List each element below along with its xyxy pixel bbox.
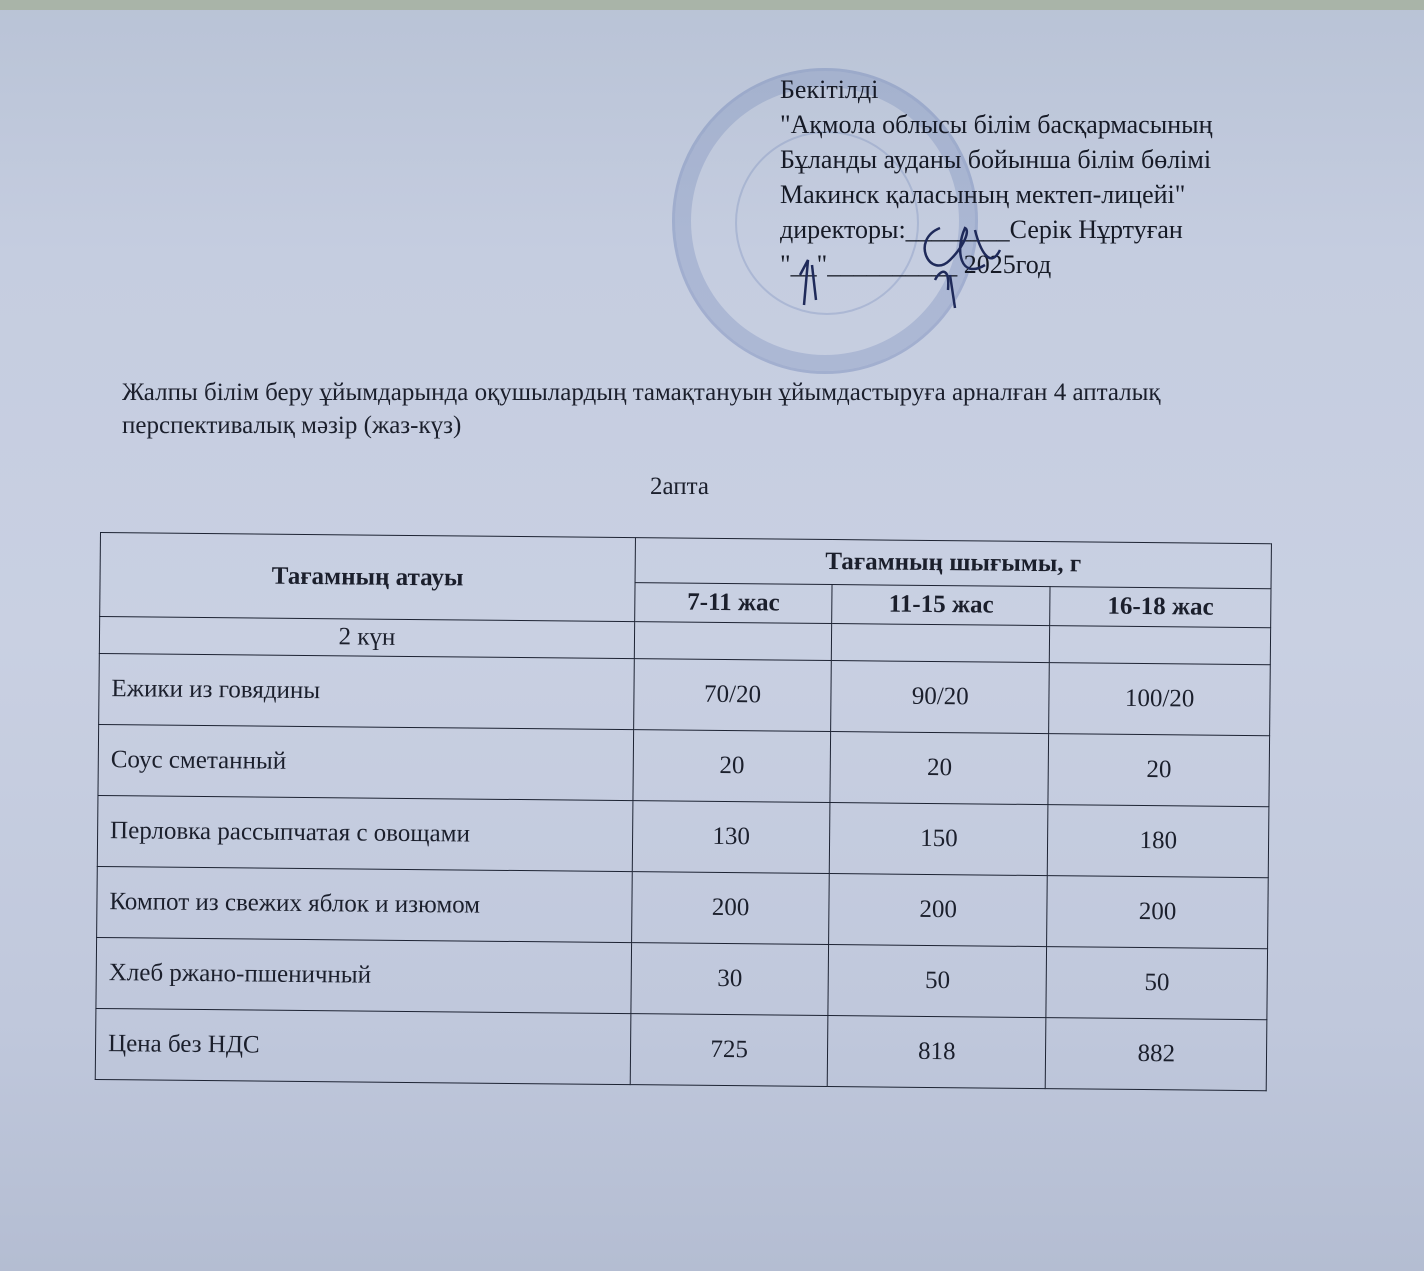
- menu-table: Тағамның атауы Тағамның шығымы, г 7-11 ж…: [95, 532, 1272, 1091]
- yield-value: 50: [1046, 947, 1267, 1020]
- price-label: Цена без НДС: [95, 1008, 631, 1084]
- header-dish-name: Тағамның атауы: [100, 533, 636, 622]
- table-row: Хлеб ржано-пшеничный 30 50 50: [96, 937, 1268, 1019]
- price-value: 882: [1046, 1018, 1267, 1091]
- empty-cell: [634, 622, 832, 661]
- yield-value: 70/20: [634, 659, 832, 732]
- yield-value: 20: [633, 730, 831, 803]
- yield-value: 200: [829, 874, 1048, 947]
- yield-value: 20: [830, 732, 1049, 805]
- approval-line: Бұланды ауданы бойынша білім бөлімі: [780, 142, 1213, 177]
- header-age-group: 16-18 жас: [1050, 587, 1271, 628]
- yield-value: 150: [829, 803, 1048, 876]
- week-label: 2апта: [650, 473, 709, 501]
- yield-value: 30: [631, 943, 829, 1016]
- yield-value: 180: [1048, 805, 1269, 878]
- dish-name: Компот из свежих яблок и изюмом: [97, 866, 633, 942]
- header-age-group: 7-11 жас: [635, 583, 833, 624]
- approval-line: "Ақмола облысы білім басқармасының: [780, 107, 1213, 142]
- yield-value: 130: [632, 801, 830, 874]
- dish-name: Перловка рассыпчатая с овощами: [97, 795, 633, 871]
- header-yield: Тағамның шығымы, г: [635, 538, 1271, 589]
- day-label: 2 күн: [99, 617, 634, 659]
- empty-cell: [832, 624, 1051, 663]
- table-row: Компот из свежих яблок и изюмом 200 200 …: [97, 866, 1269, 948]
- price-value: 818: [827, 1016, 1046, 1089]
- yield-value: 100/20: [1049, 663, 1270, 736]
- price-value: 725: [630, 1014, 828, 1087]
- table-row: Перловка рассыпчатая с овощами 130 150 1…: [97, 795, 1269, 877]
- empty-cell: [1050, 626, 1271, 665]
- header-age-group: 11-15 жас: [832, 585, 1051, 626]
- signature-icon: [790, 220, 1020, 310]
- approval-line: Макинск қаласының мектеп-лицейі": [780, 177, 1213, 212]
- approval-line: Бекітілді: [780, 72, 1213, 107]
- document-title: Жалпы білім беру ұйымдарында оқушылардың…: [122, 376, 1272, 442]
- yield-value: 20: [1048, 734, 1269, 807]
- yield-value: 50: [828, 945, 1047, 1018]
- yield-value: 200: [632, 872, 830, 945]
- price-row: Цена без НДС 725 818 882: [95, 1008, 1267, 1090]
- dish-name: Ежики из говядины: [99, 653, 635, 729]
- dish-name: Соус сметанный: [98, 724, 634, 800]
- table-row: Ежики из говядины 70/20 90/20 100/20: [99, 653, 1271, 735]
- yield-value: 90/20: [831, 661, 1050, 734]
- table-row: Соус сметанный 20 20 20: [98, 724, 1270, 806]
- photo-background-edge: [0, 0, 1424, 10]
- yield-value: 200: [1047, 876, 1268, 949]
- dish-name: Хлеб ржано-пшеничный: [96, 937, 632, 1013]
